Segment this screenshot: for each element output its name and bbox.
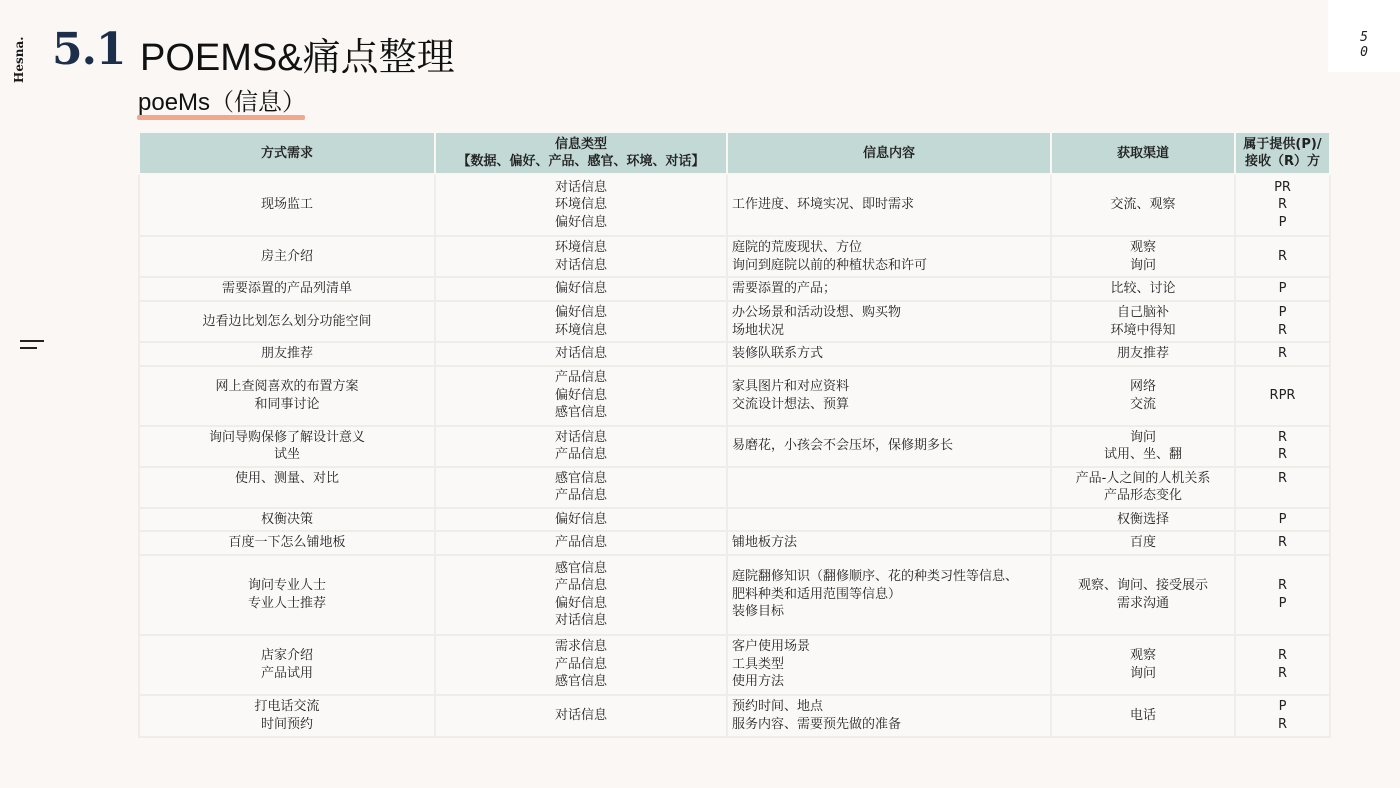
table-row: 询问专业人士专业人士推荐感官信息产品信息偏好信息对话信息庭院翻修知识（翻修顺序、… xyxy=(139,555,1330,635)
cell-pr: P xyxy=(1235,508,1330,532)
cell-type: 对话信息 xyxy=(435,342,727,366)
cell-type: 需求信息产品信息感官信息 xyxy=(435,635,727,695)
menu-icon-bar xyxy=(20,347,37,349)
cell-need: 使用、测量、对比 xyxy=(139,467,435,508)
cell-need: 店家介绍产品试用 xyxy=(139,635,435,695)
cell-need: 需要添置的产品列清单 xyxy=(139,277,435,301)
cell-type: 偏好信息 xyxy=(435,508,727,532)
cell-type: 环境信息对话信息 xyxy=(435,236,727,277)
header-col-provide-receive: 属于提供(P)/接收（R）方 xyxy=(1235,132,1330,174)
cell-content: 装修队联系方式 xyxy=(727,342,1051,366)
table-row: 边看边比划怎么划分功能空间偏好信息环境信息办公场景和活动设想、购买物场地状况自己… xyxy=(139,301,1330,342)
cell-pr: R xyxy=(1235,467,1330,508)
subtitle-underline xyxy=(137,115,305,120)
section-number: 5.1 xyxy=(52,24,126,75)
cell-pr: RR xyxy=(1235,635,1330,695)
cell-pr: PR xyxy=(1235,301,1330,342)
table-row: 朋友推荐对话信息装修队联系方式朋友推荐R xyxy=(139,342,1330,366)
cell-need: 边看边比划怎么划分功能空间 xyxy=(139,301,435,342)
table-header-row: 方式需求信息类型【数据、偏好、产品、感官、环境、对话】信息内容获取渠道属于提供(… xyxy=(139,132,1330,174)
cell-type: 对话信息产品信息 xyxy=(435,426,727,467)
cell-need: 打电话交流时间预约 xyxy=(139,695,435,737)
cell-need: 询问专业人士专业人士推荐 xyxy=(139,555,435,635)
cell-type: 偏好信息 xyxy=(435,277,727,301)
table-row: 百度一下怎么铺地板产品信息铺地板方法百度R xyxy=(139,531,1330,555)
cell-channel: 产品-人之间的人机关系产品形态变化 xyxy=(1051,467,1235,508)
table-row: 网上查阅喜欢的布置方案和同事讨论产品信息偏好信息感官信息家具图片和对应资料交流设… xyxy=(139,366,1330,426)
cell-channel: 网络交流 xyxy=(1051,366,1235,426)
cell-need: 权衡决策 xyxy=(139,508,435,532)
cell-need: 询问导购保修了解设计意义试坐 xyxy=(139,426,435,467)
cell-type: 对话信息 xyxy=(435,695,727,737)
cell-need: 朋友推荐 xyxy=(139,342,435,366)
cell-content: 工作进度、环境实况、即时需求 xyxy=(727,174,1051,236)
header-col-info-type: 信息类型【数据、偏好、产品、感官、环境、对话】 xyxy=(435,132,727,174)
table-row: 需要添置的产品列清单偏好信息需要添置的产品；比较、讨论P xyxy=(139,277,1330,301)
cell-pr: PR xyxy=(1235,695,1330,737)
cell-need: 网上查阅喜欢的布置方案和同事讨论 xyxy=(139,366,435,426)
cell-content: 办公场景和活动设想、购买物场地状况 xyxy=(727,301,1051,342)
cell-channel: 观察、询问、接受展示需求沟通 xyxy=(1051,555,1235,635)
cell-need: 百度一下怎么铺地板 xyxy=(139,531,435,555)
menu-icon[interactable] xyxy=(20,340,44,354)
cell-content: 庭院翻修知识（翻修顺序、花的种类习性等信息、肥料种类和适用范围等信息）装修目标 xyxy=(727,555,1051,635)
cell-channel: 电话 xyxy=(1051,695,1235,737)
cell-channel: 比较、讨论 xyxy=(1051,277,1235,301)
cell-type: 感官信息产品信息偏好信息对话信息 xyxy=(435,555,727,635)
header-col-need: 方式需求 xyxy=(139,132,435,174)
table-body: 现场监工对话信息环境信息偏好信息工作进度、环境实况、即时需求交流、观察PRRP房… xyxy=(139,174,1330,737)
cell-channel: 百度 xyxy=(1051,531,1235,555)
table-row: 店家介绍产品试用需求信息产品信息感官信息客户使用场景工具类型使用方法观察询问RR xyxy=(139,635,1330,695)
table-row: 询问导购保修了解设计意义试坐对话信息产品信息易磨花，小孩会不会压坏，保修期多长询… xyxy=(139,426,1330,467)
page-number: 5 0 xyxy=(1328,30,1400,60)
cell-channel: 观察询问 xyxy=(1051,635,1235,695)
cell-pr: R xyxy=(1235,531,1330,555)
table-row: 权衡决策偏好信息 权衡选择P xyxy=(139,508,1330,532)
cell-channel: 询问试用、坐、翻 xyxy=(1051,426,1235,467)
cell-content: 客户使用场景工具类型使用方法 xyxy=(727,635,1051,695)
cell-content: 家具图片和对应资料交流设计想法、预算 xyxy=(727,366,1051,426)
cell-need: 现场监工 xyxy=(139,174,435,236)
cell-content xyxy=(727,467,1051,508)
page-number-box: 5 0 xyxy=(1328,0,1400,72)
table-row: 打电话交流时间预约对话信息预约时间、地点服务内容、需要预先做的准备电话PR xyxy=(139,695,1330,737)
cell-content: 铺地板方法 xyxy=(727,531,1051,555)
brand-logo: Hesna. xyxy=(12,30,36,90)
cell-channel: 权衡选择 xyxy=(1051,508,1235,532)
cell-type: 产品信息偏好信息感官信息 xyxy=(435,366,727,426)
table-row: 现场监工对话信息环境信息偏好信息工作进度、环境实况、即时需求交流、观察PRRP xyxy=(139,174,1330,236)
cell-pr: RP xyxy=(1235,555,1330,635)
cell-channel: 朋友推荐 xyxy=(1051,342,1235,366)
cell-content: 庭院的荒废现状、方位询问到庭院以前的种植状态和许可 xyxy=(727,236,1051,277)
cell-pr: PRRP xyxy=(1235,174,1330,236)
cell-channel: 交流、观察 xyxy=(1051,174,1235,236)
cell-content: 易磨花，小孩会不会压坏，保修期多长 xyxy=(727,426,1051,467)
cell-content xyxy=(727,508,1051,532)
cell-pr: RR xyxy=(1235,426,1330,467)
cell-type: 感官信息产品信息 xyxy=(435,467,727,508)
cell-content: 预约时间、地点服务内容、需要预先做的准备 xyxy=(727,695,1051,737)
header-col-channel: 获取渠道 xyxy=(1051,132,1235,174)
poems-info-table: 方式需求信息类型【数据、偏好、产品、感官、环境、对话】信息内容获取渠道属于提供(… xyxy=(138,131,1331,738)
cell-pr: R xyxy=(1235,342,1330,366)
table-row: 房主介绍环境信息对话信息庭院的荒废现状、方位询问到庭院以前的种植状态和许可观察询… xyxy=(139,236,1330,277)
cell-type: 偏好信息环境信息 xyxy=(435,301,727,342)
cell-need: 房主介绍 xyxy=(139,236,435,277)
header-col-info-content: 信息内容 xyxy=(727,132,1051,174)
cell-channel: 自己脑补环境中得知 xyxy=(1051,301,1235,342)
cell-type: 产品信息 xyxy=(435,531,727,555)
cell-content: 需要添置的产品； xyxy=(727,277,1051,301)
menu-icon-bar xyxy=(20,340,44,342)
cell-channel: 观察询问 xyxy=(1051,236,1235,277)
cell-pr: RPR xyxy=(1235,366,1330,426)
cell-pr: R xyxy=(1235,236,1330,277)
cell-pr: P xyxy=(1235,277,1330,301)
page-title: POEMS&痛点整理 xyxy=(140,26,455,81)
table-row: 使用、测量、对比 感官信息产品信息 产品-人之间的人机关系产品形态变化R xyxy=(139,467,1330,508)
page-subtitle: poeMs（信息） xyxy=(138,82,306,117)
cell-type: 对话信息环境信息偏好信息 xyxy=(435,174,727,236)
